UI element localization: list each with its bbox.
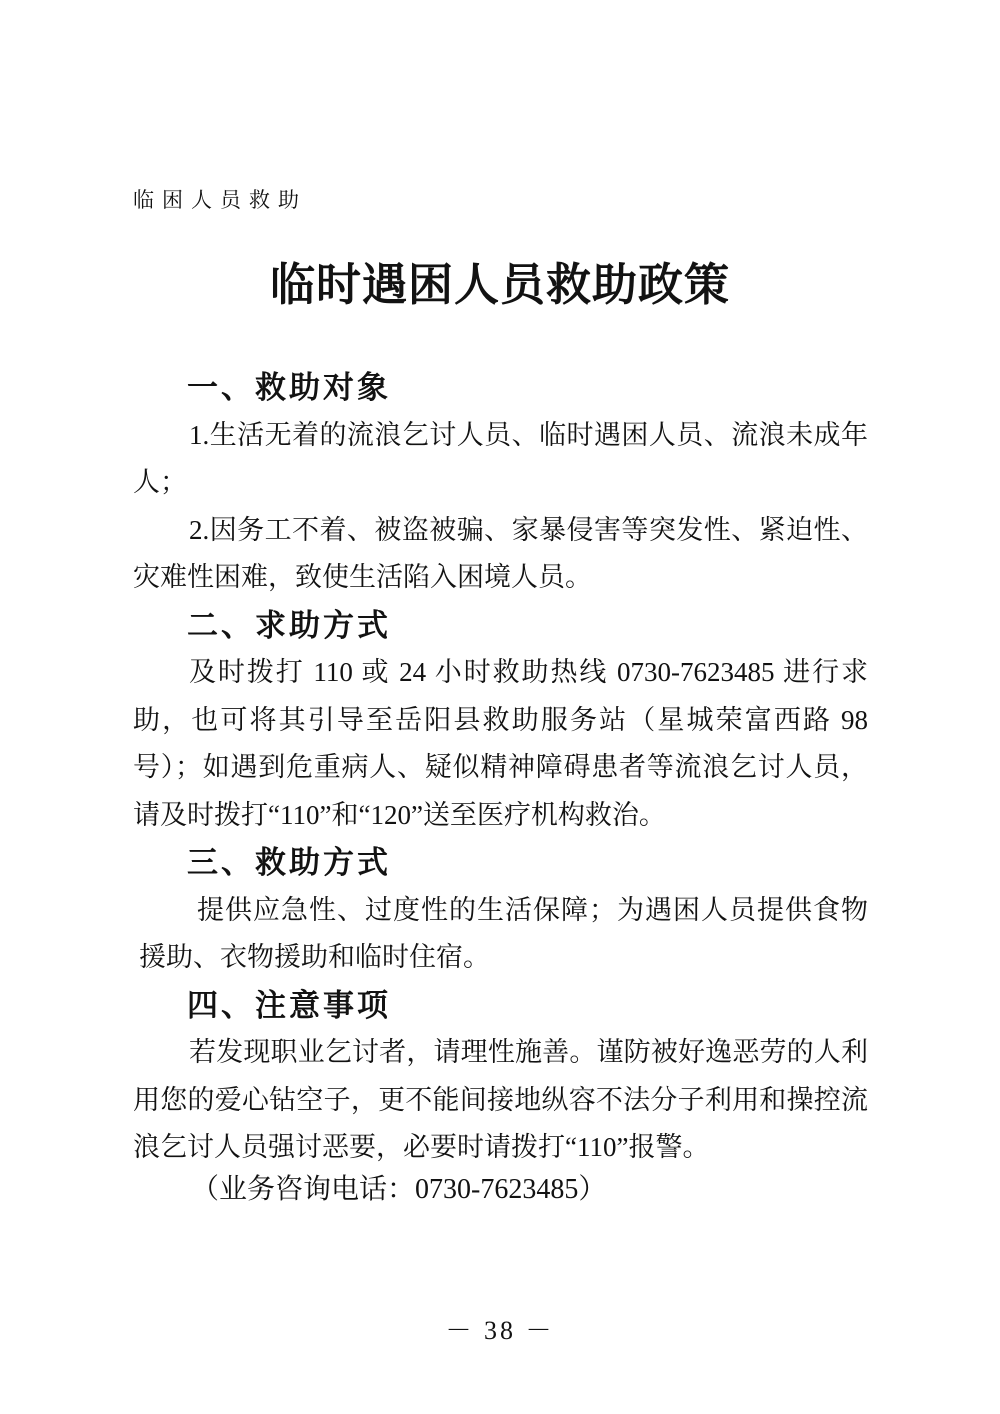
paragraph-1-2: 2.因务工不着、被盗被骗、家暴侵害等突发性、紧迫性、灾难性困难，致使生活陷入困境… [133, 507, 868, 602]
paragraph-4-1: 若发现职业乞讨者，请理性施善。谨防被好逸恶劳的人利用您的爱心钻空子，更不能间接地… [133, 1029, 868, 1172]
paragraph-1-1: 1.生活无着的流浪乞讨人员、临时遇困人员、流浪未成年人； [133, 412, 868, 507]
document-title: 临时遇困人员救助政策 [0, 254, 1000, 317]
page-number: － 38 － [0, 1310, 1000, 1347]
section-heading-2: 二、求助方式 [133, 602, 868, 650]
document-page: 临困人员救助 临时遇困人员救助政策 一、救助对象 1.生活无着的流浪乞讨人员、临… [0, 0, 1000, 1414]
section-heading-3: 三、救助方式 [133, 839, 868, 887]
contact-phone-line: （业务咨询电话：0730-7623485） [133, 1166, 868, 1214]
section-heading-1: 一、救助对象 [133, 364, 868, 412]
section-heading-4: 四、注意事项 [133, 982, 868, 1030]
paragraph-2-1: 及时拨打 110 或 24 小时救助热线 0730-7623485 进行求助，也… [133, 649, 868, 839]
document-body: 一、救助对象 1.生活无着的流浪乞讨人员、临时遇困人员、流浪未成年人； 2.因务… [133, 364, 868, 1172]
paragraph-3-1: 提供应急性、过度性的生活保障；为遇困人员提供食物援助、衣物援助和临时住宿。 [133, 887, 868, 982]
document-category-label: 临困人员救助 [133, 184, 307, 214]
